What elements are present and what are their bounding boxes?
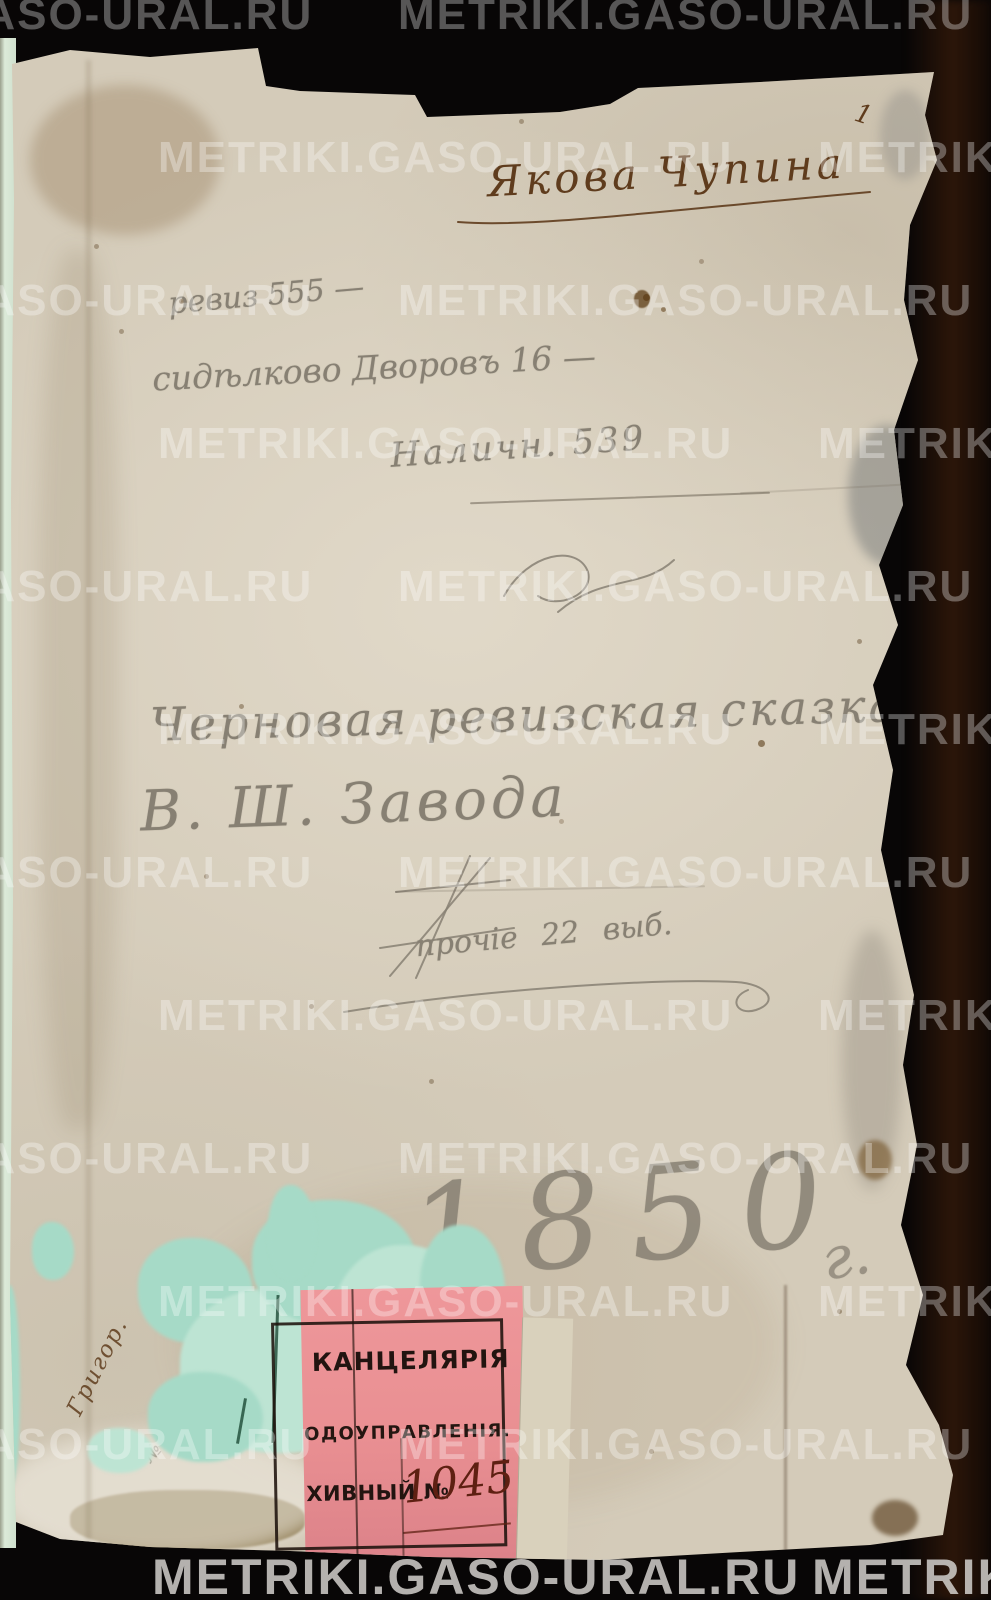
label-line-chancellery: КАНЦЕЛЯРІЯ bbox=[312, 1344, 510, 1377]
year-suffix: г. bbox=[816, 1218, 875, 1293]
stain-right-lower bbox=[872, 1500, 918, 1536]
teal-stain-blob bbox=[88, 1428, 153, 1473]
ink-title-underline bbox=[450, 182, 880, 232]
pencil-line-households: сидѣлково Дворовъ 16 — bbox=[151, 336, 596, 398]
stain-top-left bbox=[30, 85, 220, 235]
note-underline-flourish bbox=[336, 962, 796, 1032]
pencil-line-present: Наличн. 539 bbox=[389, 418, 648, 476]
document-page: Якова Чупина 1 ревиз 555 — сидѣлково Дво… bbox=[0, 0, 991, 1600]
main-title-line-1: Черновая ревизская сказка bbox=[149, 678, 899, 752]
pencil-underline-1 bbox=[470, 492, 770, 504]
teal-stain-blob bbox=[32, 1222, 74, 1280]
pencil-scribble bbox=[492, 538, 692, 618]
archive-label: КАНЦЕЛЯРІЯ ОДОУПРАВЛЕНІЯ. ХИВНЫЙ № 1045 bbox=[300, 1286, 527, 1562]
fold-crease-bottom-right bbox=[784, 1285, 787, 1557]
paper-tab bbox=[516, 1317, 573, 1560]
teal-stain-blob bbox=[148, 1372, 263, 1462]
stain-right-brown bbox=[858, 1140, 892, 1180]
teal-stain-blob bbox=[268, 1185, 316, 1280]
stain-top-right-grey bbox=[880, 90, 930, 180]
label-line-administration: ОДОУПРАВЛЕНІЯ. bbox=[304, 1420, 512, 1445]
stain-ink-dot bbox=[634, 290, 650, 308]
ink-corner-mark: 1 bbox=[851, 98, 876, 132]
paper-specks bbox=[0, 0, 3, 3]
watermark-text: METRIKI.GASO-URAL.RU bbox=[0, 0, 313, 40]
pencil-line-revision: ревиз 555 — bbox=[167, 270, 366, 322]
main-title-line-2: В. Ш. Завода bbox=[139, 765, 569, 845]
side-note-name: Григор. bbox=[62, 1313, 133, 1420]
watermark-text: METRIKI.GASO-URAL.RU bbox=[398, 0, 973, 40]
book-spine-shadow bbox=[905, 0, 991, 1600]
stain-left-band bbox=[38, 250, 118, 1130]
fold-crease-left bbox=[86, 60, 91, 1540]
